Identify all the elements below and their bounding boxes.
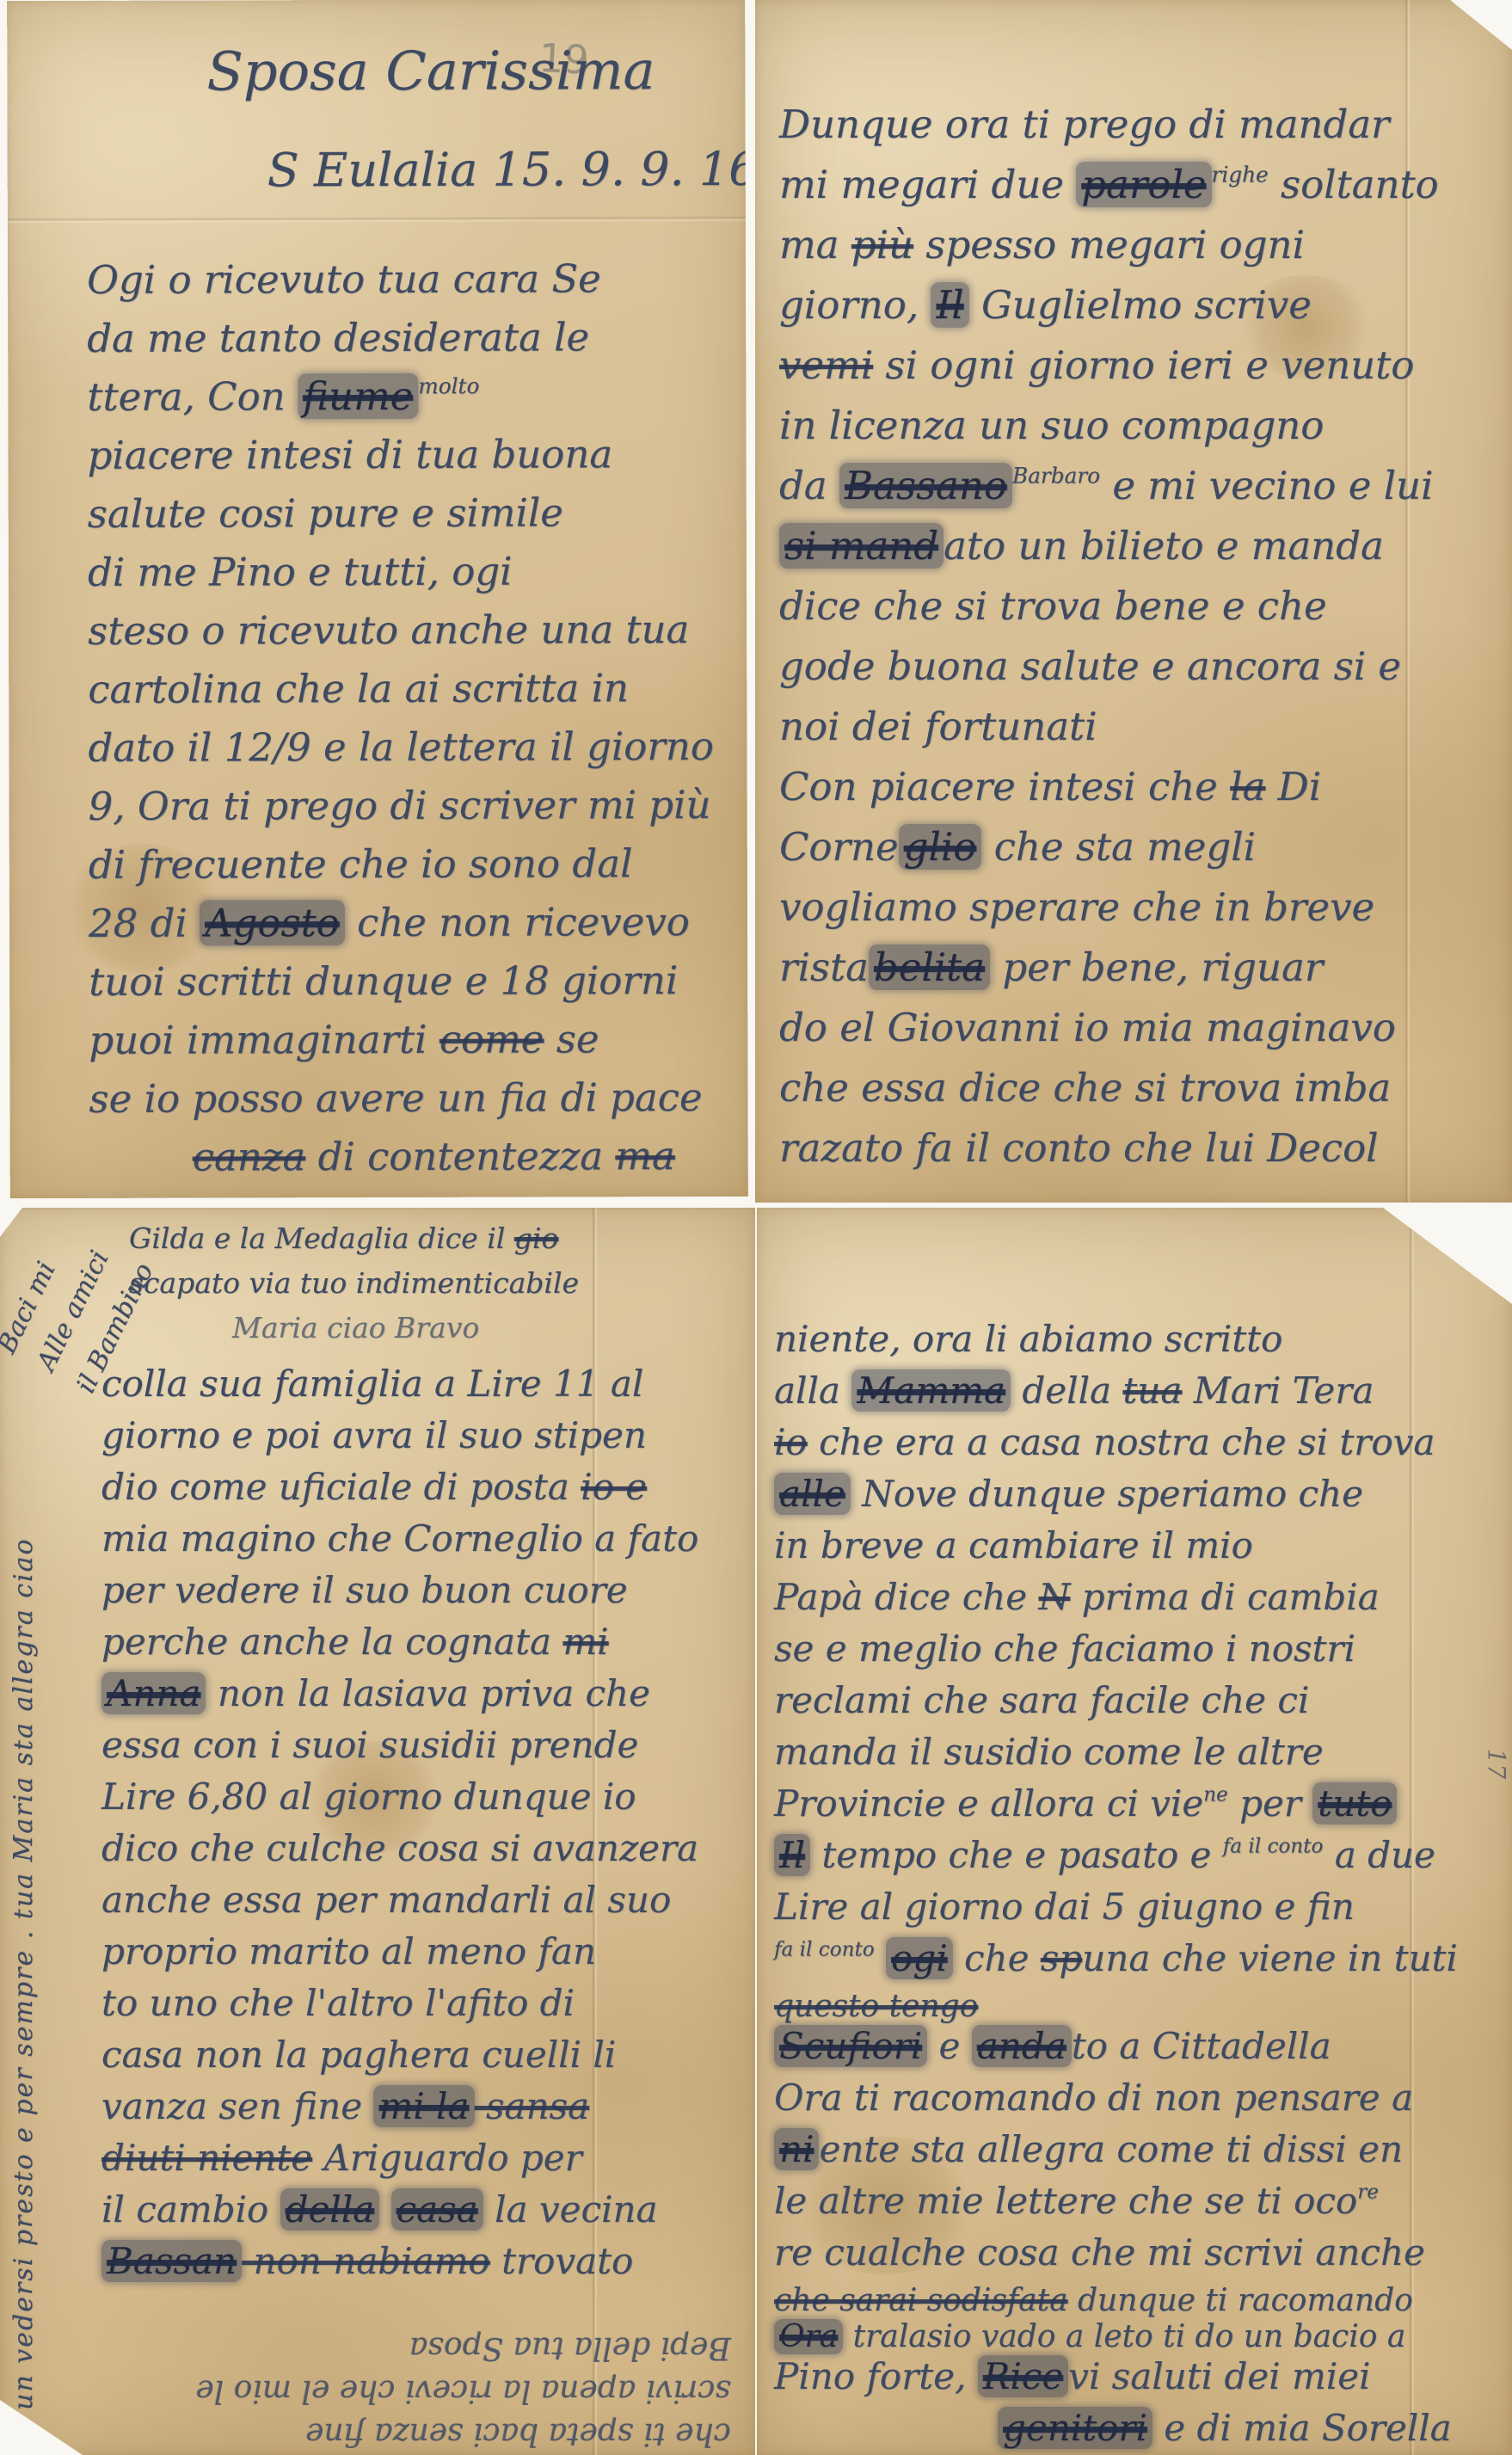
handwritten-line: Gilda e la Medaglia dice il gio: [129, 1221, 755, 1266]
handwritten-line: da Bassano Barbaro e mi vecino e lui: [779, 463, 1512, 523]
text-segment: che ti speta baci senza fine: [305, 2416, 731, 2452]
text-segment: 9, Ora ti prego di scriver mi più: [89, 782, 711, 829]
text-segment: a due: [1323, 1834, 1435, 1876]
page-bottom-left: Baci mi Alle amici il Bambino un vedersi…: [0, 1208, 755, 2455]
strike-segment: io e: [581, 1466, 647, 1508]
text-segment: e: [927, 2025, 972, 2067]
handwritten-line: re cualche cosa che mi scrivi anche: [774, 2231, 1512, 2283]
text-segment: do el Giovanni io mia maginavo: [779, 1005, 1396, 1050]
handwritten-line: noi dei fortunati: [779, 704, 1512, 764]
text-segment: che: [953, 1937, 1041, 1979]
handwritten-line: Anna non la lasiava priva che: [101, 1672, 755, 1724]
strike-segment: ma: [615, 1133, 675, 1178]
handwritten-line: 9, Ora ti prego di scriver mi più: [89, 782, 747, 842]
handwritten-line: Sposa Carissima: [86, 39, 745, 144]
handwritten-line: gode buona salute e ancora si e: [779, 643, 1512, 704]
blot-segment: casa: [391, 2188, 483, 2230]
text-segment: vogliamo sperare che in breve: [779, 884, 1374, 930]
text-segment: che non ricevevo: [345, 899, 690, 945]
text-segment: proprio marito al meno fan: [101, 1930, 596, 1972]
strike-segment: che sarai sodisfata: [774, 2283, 1068, 2318]
handwritten-line: genitori e di mia Sorella: [774, 2407, 1512, 2455]
text-segment: e mi vecino e lui: [1100, 463, 1433, 508]
handwritten-line: giorno, Il Guglielmo scrive: [779, 282, 1512, 342]
handwritten-line: essa con i suoi susidii prende: [101, 1724, 755, 1775]
text-segment: reclami che sara facile che ci: [774, 1679, 1309, 1721]
text-segment: prima di cambia: [1070, 1576, 1379, 1618]
text-segment: Nove dunque speriamo che: [851, 1473, 1363, 1515]
blot-segment: ogi: [886, 1937, 953, 1979]
handwritten-line: scapato via tuo indimenticabile: [129, 1266, 755, 1311]
strike-segment: non nabiamo: [242, 2240, 490, 2282]
text-segment: vanza sen fine: [101, 2085, 373, 2127]
text-segment: della: [1011, 1369, 1122, 1412]
text-segment: mia magino che Corneglio a fato: [101, 1517, 698, 1560]
text-segment: Provincie e allora ci vie: [774, 1782, 1203, 1824]
text-segment: Sposa Carissima: [206, 39, 655, 102]
text-segment: da: [779, 463, 839, 508]
handwritten-line: casa non la paghera cuelli li: [101, 2034, 755, 2085]
text-segment: le altre mie lettere che se ti oco: [774, 2180, 1357, 2222]
handwritten-line: dico che culche cosa si avanzera: [101, 1827, 755, 1879]
handwritten-line: Maria ciao Bravo: [129, 1311, 755, 1356]
text-segment: la vecina: [483, 2188, 658, 2230]
sup-segment: re: [1357, 2181, 1379, 2204]
text-segment: tralasio vado a leto ti do un bacio a: [843, 2319, 1405, 2354]
text-segment: per: [1228, 1782, 1313, 1824]
blot-segment: belita: [869, 944, 990, 990]
handwritten-line: tuoi scritti dunque e 18 giorni: [89, 957, 747, 1018]
blot-segment: Agosto: [200, 900, 345, 945]
handwritten-line: S Eulalia 15. 9. 9. 16: [87, 142, 746, 257]
text-segment: tempo che e pasato e: [810, 1834, 1223, 1876]
text-segment: che sta megli: [981, 824, 1256, 870]
handwritten-line: razato fa il conto che lui Decol: [779, 1125, 1512, 1185]
text-segment: Ariguardo per: [312, 2137, 582, 2179]
text-segment: Lire al giorno dai 5 giugno e fin: [774, 1886, 1355, 1928]
page-bottom-left-lines: colla sua famiglia a Lire 11 algiorno e …: [0, 1356, 755, 2292]
text-segment: alla: [774, 1369, 851, 1412]
text-segment: steso o ricevuto anche una tua: [88, 606, 689, 654]
blot-segment: tuto: [1312, 1782, 1397, 1824]
handwritten-line: che essa dice che si trova imba: [779, 1065, 1512, 1125]
strike-segment: la: [1230, 764, 1265, 809]
strike-segment: canza: [193, 1134, 306, 1179]
text-segment: anche essa per mandarli al suo: [101, 1879, 671, 1921]
sup-segment: ne: [1203, 1784, 1228, 1806]
strike-segment: gio: [514, 1221, 559, 1255]
text-segment: per bene, riguar: [990, 944, 1323, 990]
blot-segment: anda: [972, 2025, 1072, 2067]
text-segment: Maria ciao Bravo: [232, 1311, 479, 1344]
text-segment: [379, 2188, 390, 2230]
handwritten-line: diuti niente Ariguardo per: [101, 2137, 755, 2188]
handwritten-line: Pino forte, Ricevi saluti dei miei: [774, 2355, 1512, 2407]
text-segment: Dunque ora ti prego di mandar: [779, 102, 1390, 147]
handwritten-line: Papà dice che N prima di cambia: [774, 1576, 1512, 1627]
text-segment: giorno,: [779, 282, 931, 328]
handwritten-line: niente, ora li abiamo scritto: [774, 1318, 1512, 1369]
text-segment: trovato: [490, 2240, 634, 2282]
text-segment: se: [544, 1016, 599, 1061]
text-segment: mi megari due: [779, 162, 1076, 207]
page-top-left: 19 Sposa CarissimaS Eulalia 15. 9. 9. 16…: [7, 0, 748, 1198]
handwritten-line: Bassan non nabiamo trovato: [101, 2240, 755, 2292]
text-segment: di contentezza: [305, 1133, 615, 1179]
text-segment: Papà dice che: [774, 1576, 1039, 1618]
sup-segment: righe: [1212, 162, 1269, 187]
blot-segment: si mand: [779, 523, 943, 569]
handwritten-line: vanza sen fine mi la sansa: [101, 2085, 755, 2137]
blot-segment: Bassano: [839, 463, 1012, 508]
text-segment: salute cosi pure e simile: [88, 489, 563, 536]
text-segment: Lire 6,80 al giorno dunque io: [101, 1775, 636, 1818]
handwritten-line: proprio marito al meno fan: [101, 1930, 755, 1982]
text-segment: razato fa il conto che lui Decol: [779, 1125, 1379, 1171]
text-segment: perche anche la cognata: [101, 1621, 562, 1663]
handwritten-line: Provincie e allora ci viene per tuto: [774, 1782, 1512, 1834]
text-segment: S Eulalia 15. 9. 9. 16: [267, 142, 748, 197]
text-segment: niente, ora li abiamo scritto: [774, 1318, 1282, 1360]
strike-segment: vemi: [779, 342, 873, 388]
handwritten-line: fa il conto ogi che spuna che viene in t…: [774, 1937, 1512, 1989]
sup-segment: fa il conto: [774, 1939, 875, 1961]
strike-segment: tua: [1122, 1369, 1182, 1412]
text-segment: scrivi apena la ricevi che el mio le: [196, 2373, 731, 2409]
strike-segment: sp: [1041, 1937, 1082, 1979]
text-segment: e di mia Sorella: [1152, 2407, 1452, 2449]
handwritten-line: di frecuente che io sono dal: [89, 840, 747, 901]
text-segment: da me tanto desiderata le: [87, 314, 589, 361]
text-segment: Bepi della tua Sposa: [409, 2330, 731, 2366]
blot-segment: Anna: [101, 1672, 206, 1714]
text-segment: tuoi scritti dunque e 18 giorni: [89, 957, 678, 1005]
text-segment: soltanto: [1269, 162, 1439, 207]
handwritten-line: da me tanto desiderata le: [87, 314, 746, 374]
strike-segment: più: [851, 222, 913, 268]
handwritten-line: vemi si ogni giorno ieri e venuto: [779, 342, 1512, 403]
text-segment: Corne: [779, 824, 899, 870]
text-segment: che era a casa nostra che si trova: [808, 1421, 1435, 1463]
blot-segment: Rice: [978, 2355, 1068, 2397]
text-segment: una che viene in tuti: [1082, 1937, 1458, 1979]
text-segment: dato il 12/9 e la lettera il giorno: [88, 723, 714, 771]
text-segment: dice che si trova bene e che: [779, 583, 1327, 629]
blot-segment: mi la: [373, 2085, 474, 2127]
text-segment: di me Pino e tutti, ogi: [88, 549, 513, 595]
text-segment: dunque ti racomando: [1068, 2283, 1413, 2318]
strike-segment: mi: [562, 1621, 608, 1663]
handwritten-line: mia magino che Corneglio a fato: [101, 1517, 755, 1569]
strike-segment: sansa: [475, 2085, 590, 2127]
page-top-left-lines: Sposa CarissimaS Eulalia 15. 9. 9. 16Ogi…: [7, 0, 748, 1193]
blot-segment: Ora: [774, 2319, 843, 2354]
text-segment: essa con i suoi susidii prende: [101, 1724, 638, 1766]
handwritten-line: le altre mie lettere che se ti ocore: [774, 2180, 1512, 2231]
text-segment: si ogni giorno ieri e venuto: [873, 342, 1414, 388]
handwritten-line: Ogi o ricevuto tua cara Se: [87, 255, 746, 316]
blot-segment: alle: [774, 1473, 851, 1515]
handwritten-line: se io posso avere un fia di pace: [89, 1074, 747, 1135]
text-segment: piacere intesi di tua buona: [87, 431, 612, 478]
handwritten-line: se e meglio che faciamo i nostri: [774, 1627, 1512, 1679]
text-segment: in licenza un suo compagno: [779, 403, 1324, 448]
blot-segment: glio: [899, 824, 982, 870]
blot-segment: Il: [774, 1834, 810, 1876]
text-segment: non la lasiava priva che: [206, 1672, 649, 1714]
handwritten-line: che ti speta baci senza fine: [95, 2409, 731, 2452]
handwritten-line: piacere intesi di tua buona: [87, 431, 746, 491]
text-segment: scapato via tuo indimenticabile: [129, 1266, 579, 1300]
handwritten-line: Ora ti racomando di non pensare a: [774, 2077, 1512, 2128]
text-segment: ato un bilieto e manda: [943, 523, 1384, 569]
text-segment: casa non la paghera cuelli li: [101, 2034, 616, 2076]
text-segment: to a Cittadella: [1072, 2025, 1331, 2067]
text-segment: colla sua famiglia a Lire 11 al: [101, 1363, 643, 1405]
text-segment: Di: [1265, 764, 1321, 809]
blot-segment: della: [280, 2188, 380, 2230]
handwritten-line: Corneglio che sta megli: [779, 824, 1512, 884]
handwritten-line: si mandato un bilieto e manda: [779, 523, 1512, 583]
handwritten-line: reclami che sara facile che ci: [774, 1679, 1512, 1731]
text-segment: rista: [779, 944, 869, 990]
blot-segment: Mamma: [851, 1369, 1011, 1412]
handwritten-line: ristabelita per bene, riguar: [779, 944, 1512, 1005]
blot-segment: ni: [774, 2128, 819, 2170]
text-segment: 28 di: [89, 901, 200, 946]
text-segment: se e meglio che faciamo i nostri: [774, 1627, 1355, 1670]
page-bottom-left-inverted: che ti speta baci senza finescrivi apena…: [95, 2323, 731, 2452]
blot-segment: Scufiori: [774, 2025, 927, 2067]
handwritten-line: colla sua famiglia a Lire 11 al: [101, 1363, 755, 1414]
handwritten-line: dato il 12/9 e la lettera il giorno: [88, 723, 747, 784]
handwritten-line: cartolina che la ai scritta in: [88, 665, 747, 725]
text-segment: dio come uficiale di posta: [101, 1466, 581, 1508]
handwritten-line: do el Giovanni io mia maginavo: [779, 1005, 1512, 1065]
handwritten-line: Lire 6,80 al giorno dunque io: [101, 1775, 755, 1827]
text-segment: in breve a cambiare il mio: [774, 1524, 1253, 1566]
handwritten-line: dio come uficiale di posta io e: [101, 1466, 755, 1517]
handwritten-line: questo tengo: [774, 1989, 1512, 2025]
strike-segment: N: [1039, 1576, 1071, 1618]
handwritten-line: scrivi apena la ricevi che el mio le: [95, 2366, 731, 2409]
text-segment: che essa dice che si trova imba: [779, 1065, 1391, 1111]
handwritten-line: in licenza un suo compagno: [779, 403, 1512, 463]
handwritten-line: io che era a casa nostra che si trova: [774, 1421, 1512, 1473]
page-bottom-right-lines: niente, ora li abiamo scrittoalla Mamma …: [757, 1208, 1512, 2455]
text-segment: Pino forte,: [774, 2355, 978, 2397]
text-segment: to uno che l'altro l'afito di: [101, 1982, 575, 2024]
text-segment: manda il susidio come le altre: [774, 1731, 1324, 1773]
text-segment: gode buona salute e ancora si e: [779, 643, 1401, 689]
text-segment: ttera, Con: [87, 373, 298, 420]
handwritten-line: Il tempo che e pasato e fa il conto a du…: [774, 1834, 1512, 1886]
sup-segment: molto: [418, 373, 479, 398]
text-segment: il cambio: [101, 2188, 280, 2230]
text-segment: dico che culche cosa si avanzera: [101, 1827, 698, 1869]
handwritten-line: anche essa per mandarli al suo: [101, 1879, 755, 1930]
handwritten-line: to uno che l'altro l'afito di: [101, 1982, 755, 2034]
handwritten-line: salute cosi pure e simile: [88, 489, 747, 550]
text-segment: Gilda e la Medaglia dice il: [129, 1221, 514, 1255]
handwritten-line: canza di contentezza ma: [89, 1133, 748, 1193]
blot-segment: fiume: [298, 373, 418, 419]
handwritten-line: steso o ricevuto anche una tua: [88, 606, 747, 667]
handwritten-line: perche anche la cognata mi: [101, 1621, 755, 1672]
handwritten-line: Dunque ora ti prego di mandar: [779, 102, 1512, 162]
text-segment: ente sta allegra come ti dissi en: [819, 2128, 1403, 2170]
text-segment: noi dei fortunati: [779, 704, 1097, 749]
blot-segment: Bassan: [101, 2240, 242, 2282]
text-segment: puoi immaginarti: [89, 1017, 439, 1063]
blot-segment: parole: [1076, 162, 1211, 207]
handwritten-line: alla Mamma della tua Mari Tera: [774, 1369, 1512, 1421]
text-segment: per vedere il suo buon cuore: [101, 1569, 628, 1611]
handwritten-line: 28 di Agosto che non ricevevo: [89, 899, 747, 959]
blot-segment: genitori: [998, 2407, 1152, 2449]
text-segment: re cualche cosa che mi scrivi anche: [774, 2231, 1425, 2273]
sup-segment: Barbaro: [1012, 463, 1100, 488]
text-segment: spesso megari ogni: [913, 222, 1305, 268]
handwritten-line: per vedere il suo buon cuore: [101, 1569, 755, 1621]
handwritten-line: ttera, Con fiume molto: [87, 372, 746, 433]
text-segment: vi saluti dei miei: [1068, 2355, 1370, 2397]
handwritten-line: alle Nove dunque speriamo che: [774, 1473, 1512, 1524]
text-segment: [875, 1937, 886, 1979]
page-bottom-right: 17 niente, ora li abiamo scrittoalla Mam…: [757, 1208, 1512, 2455]
handwritten-line: che sarai sodisfata dunque ti racomando: [774, 2283, 1512, 2319]
text-segment: cartolina che la ai scritta in: [88, 665, 629, 712]
handwritten-line: vogliamo sperare che in breve: [779, 884, 1512, 944]
handwritten-line: il cambio della casa la vecina: [101, 2188, 755, 2240]
text-segment: ma: [779, 222, 851, 268]
handwritten-line: Lire al giorno dai 5 giugno e fin: [774, 1886, 1512, 1937]
text-segment: di frecuente che io sono dal: [89, 840, 633, 888]
handwritten-line: ma più spesso megari ogni: [779, 222, 1512, 282]
handwritten-line: di me Pino e tutti, ogi: [88, 548, 747, 608]
handwritten-line: manda il susidio come le altre: [774, 1731, 1512, 1782]
handwritten-line: giorno e poi avra il suo stipen: [101, 1414, 755, 1466]
handwritten-line: Bepi della tua Sposa: [95, 2323, 731, 2366]
text-segment: se io posso avere un fia di pace: [89, 1074, 702, 1122]
handwritten-line: in breve a cambiare il mio: [774, 1524, 1512, 1576]
text-segment: Con piacere intesi che: [779, 764, 1230, 809]
text-segment: Guglielmo scrive: [969, 282, 1312, 328]
handwritten-line: dice che si trova bene e che: [779, 583, 1512, 643]
text-segment: giorno e poi avra il suo stipen: [101, 1414, 647, 1456]
sup-segment: fa il conto: [1223, 1836, 1324, 1858]
page-top-right: Dunque ora ti prego di mandarmi megari d…: [755, 0, 1512, 1203]
strike-segment: diuti niente: [101, 2137, 312, 2179]
handwritten-line: Ora tralasio vado a leto ti do un bacio …: [774, 2319, 1512, 2355]
handwritten-line: Scufiori e andato a Cittadella: [774, 2025, 1512, 2077]
strike-segment: come: [439, 1016, 544, 1061]
handwritten-line: Con piacere intesi che la Di: [779, 764, 1512, 824]
page-top-right-lines: Dunque ora ti prego di mandarmi megari d…: [755, 0, 1512, 1185]
text-segment: Ogi o ricevuto tua cara Se: [87, 255, 601, 303]
handwritten-line: niente sta allegra come ti dissi en: [774, 2128, 1512, 2180]
strike-segment: questo tengo: [774, 1989, 978, 2024]
text-segment: Ora ti racomando di non pensare a: [774, 2077, 1413, 2119]
strike-segment: io: [774, 1421, 808, 1463]
blot-segment: Il: [931, 282, 968, 328]
text-segment: Mari Tera: [1182, 1369, 1374, 1412]
handwritten-line: puoi immaginarti come se: [89, 1016, 747, 1076]
handwritten-line: mi megari due parole righe soltanto: [779, 162, 1512, 222]
